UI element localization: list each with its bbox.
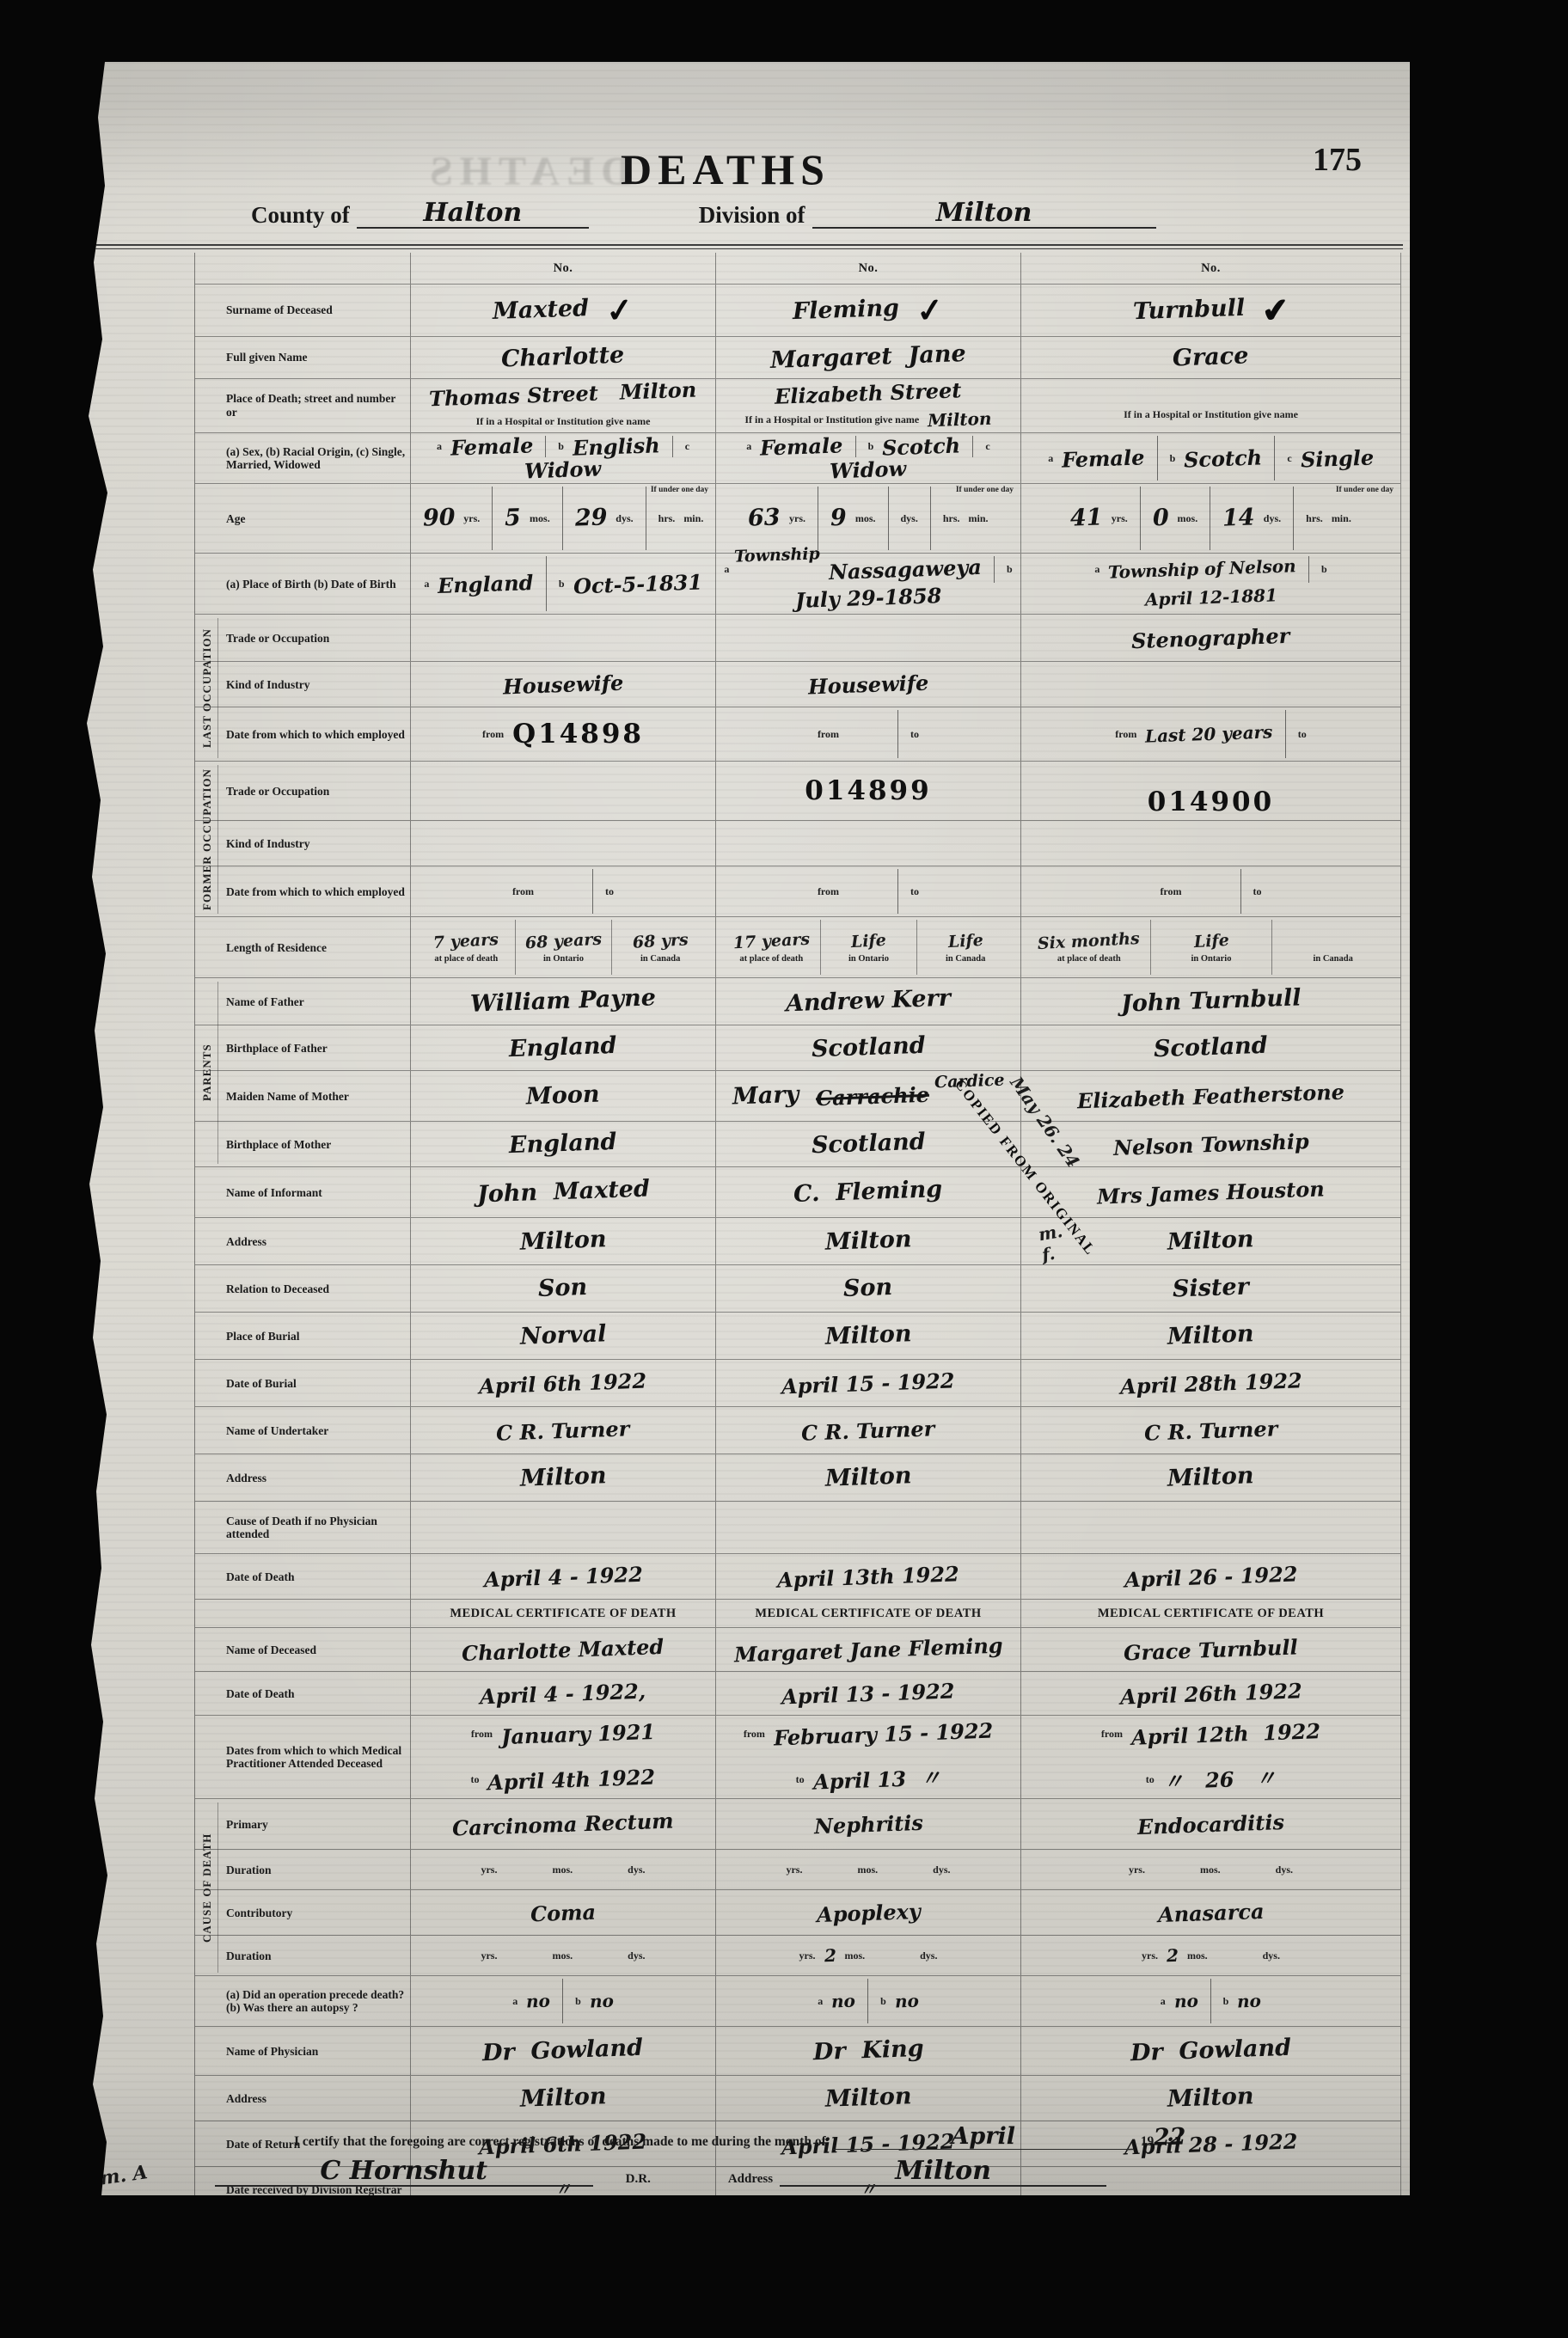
row-trade-occupation-former: Trade or Occupation014899014900 bbox=[195, 762, 1400, 821]
handwritten-entry: Milton bbox=[928, 410, 992, 431]
division-value: Milton bbox=[936, 198, 1032, 228]
handwritten-entry: April 12-1881 bbox=[1144, 587, 1277, 609]
row-place-burial: Place of BurialNorvalMiltonMilton bbox=[195, 1313, 1400, 1360]
row-date-burial: Date of BurialApril 6th 1922April 15 - 1… bbox=[195, 1360, 1400, 1407]
cell-name-deceased-col3: Grace Turnbull bbox=[1020, 1628, 1400, 1671]
row-label bbox=[195, 1600, 410, 1627]
handwritten-entry: John Turnbull bbox=[1120, 987, 1301, 1018]
printed-label: min. bbox=[683, 512, 703, 525]
row-label: (a) Place of Birth (b) Date of Birth bbox=[195, 554, 410, 614]
printed-label: to bbox=[910, 728, 919, 741]
row-label: Date of Burial bbox=[195, 1360, 410, 1406]
handwritten-entry: Grace bbox=[1173, 344, 1249, 370]
cell-primary-col3: Endocarditis bbox=[1020, 1799, 1400, 1849]
cell-dates-employed-last-col2: fromto bbox=[715, 707, 1020, 761]
row-label: Dates from which to which Medical Practi… bbox=[195, 1716, 410, 1798]
handwritten-entry: Female bbox=[1062, 446, 1145, 471]
printed-label: from bbox=[1160, 885, 1181, 898]
section-group-label: FORMER OCCUPATION bbox=[197, 765, 218, 914]
cell-undertaker-address-col1: Milton bbox=[410, 1454, 715, 1501]
printed-label: b bbox=[1007, 563, 1013, 576]
cell-cause-no-physician-col1 bbox=[410, 1502, 715, 1553]
handwritten-entry: Elizabeth Street bbox=[775, 379, 962, 407]
handwritten-entry: Margaret Jane Fleming bbox=[733, 1634, 1002, 1665]
handwritten-entry: Milton bbox=[824, 2084, 911, 2112]
divider-tick bbox=[972, 436, 973, 457]
cell-date-of-death-2-col1: April 4 - 1922, bbox=[410, 1672, 715, 1715]
residence-subcell: Lifein Ontario bbox=[820, 920, 917, 975]
cell-dates-employed-former-col1: fromto bbox=[410, 866, 715, 916]
handwritten-entry: Scotch bbox=[882, 434, 961, 458]
row-kind-industry-last: Kind of IndustryHousewifeHousewife bbox=[195, 662, 1400, 707]
handwritten-entry: 90 bbox=[422, 506, 456, 532]
row-label: Trade or Occupation bbox=[195, 762, 410, 820]
printed-label: to bbox=[605, 885, 614, 898]
printed-label: from bbox=[818, 728, 839, 741]
cell-dates-employed-former-col3: fromto bbox=[1020, 866, 1400, 916]
handwritten-entry: Coma bbox=[530, 1900, 597, 1925]
cell-name-father-col2: Andrew Kerr bbox=[715, 978, 1020, 1025]
cell-place-burial-col1: Norval bbox=[410, 1313, 715, 1359]
printed-label: a bbox=[512, 1995, 518, 2008]
handwritten-entry: England bbox=[509, 1034, 617, 1062]
printed-label: a bbox=[818, 1995, 823, 2008]
handwritten-entry: April 4 - 1922, bbox=[480, 1680, 646, 1707]
printed-label: a bbox=[746, 440, 751, 453]
printed-label: yrs. bbox=[799, 1949, 816, 1962]
handwritten-entry: April 4th 1922 bbox=[487, 1766, 656, 1794]
row-label: Name of Informant bbox=[195, 1167, 410, 1217]
handwritten-entry: England bbox=[438, 572, 534, 597]
handwritten-entry: Maxted bbox=[493, 297, 590, 324]
printed-label: yrs. bbox=[1129, 1864, 1145, 1876]
handwritten-entry: no bbox=[526, 1992, 551, 2011]
printed-label: dys. bbox=[616, 512, 633, 525]
residence-subcell: 17 yearsat place of death bbox=[723, 920, 820, 975]
printed-label: to bbox=[470, 1773, 479, 1786]
cell-informant-address-col2: Milton bbox=[715, 1218, 1020, 1264]
cell-sex-origin-status-col3: aFemalebScotchcSingle bbox=[1020, 433, 1400, 483]
interlined-entry: Township bbox=[734, 546, 820, 566]
row-label: Maiden Name of Mother bbox=[195, 1071, 410, 1121]
cell-physician-address-col2: Milton bbox=[715, 2076, 1020, 2121]
county-entry: Halton bbox=[357, 199, 589, 229]
handwritten-entry: 14 bbox=[1222, 506, 1256, 532]
row-label: Cause of Death if no Physician attended bbox=[195, 1502, 410, 1553]
row-undertaker-address: AddressMiltonMiltonMilton bbox=[195, 1454, 1400, 1502]
printed-label: a bbox=[1048, 452, 1053, 465]
cell-physician-col2: Dr King bbox=[715, 2027, 1020, 2075]
handwritten-entry: 17 years bbox=[732, 930, 810, 957]
row-label: Address bbox=[195, 2076, 410, 2121]
printed-label: b bbox=[868, 440, 874, 453]
cell-age-col2: If under one day63yrs.9mos.dys.hrs.min. bbox=[715, 484, 1020, 553]
printed-label: min. bbox=[969, 512, 989, 525]
handwritten-entry: Moon bbox=[526, 1083, 600, 1110]
handwritten-entry: 63 bbox=[748, 506, 781, 532]
handwritten-entry: Last 20 years bbox=[1145, 723, 1273, 745]
section-group-label: PARENTS bbox=[197, 982, 218, 1164]
cell-duration-primary-col3: yrs.mos.dys. bbox=[1020, 1850, 1400, 1889]
printed-label: dys. bbox=[1276, 1864, 1293, 1876]
section-group-label: LAST OCCUPATION bbox=[197, 618, 218, 758]
handwritten-entry: Elizabeth Featherstone bbox=[1077, 1080, 1345, 1111]
row-label: Name of Physician bbox=[195, 2027, 410, 2075]
row-trade-occupation-last: Trade or OccupationStenographer bbox=[195, 615, 1400, 662]
cell-cause-no-physician-col2 bbox=[715, 1502, 1020, 1553]
row-contributory: ContributoryComaApoplexyAnasarca bbox=[195, 1890, 1400, 1936]
handwritten-entry: Mary bbox=[732, 1083, 807, 1110]
row-label bbox=[195, 253, 410, 284]
row-date-of-death: Date of DeathApril 4 - 1922April 13th 19… bbox=[195, 1554, 1400, 1600]
row-label: Name of Deceased bbox=[195, 1628, 410, 1671]
row-sex-origin-status: (a) Sex, (b) Racial Origin, (c) Single, … bbox=[195, 433, 1400, 484]
cell-date-of-death-col1: April 4 - 1922 bbox=[410, 1554, 715, 1599]
handwritten-entry: Milton bbox=[1167, 1322, 1254, 1350]
handwritten-entry: Milton bbox=[519, 1227, 606, 1255]
cell-cause-no-physician-col3 bbox=[1020, 1502, 1400, 1553]
handwritten-entry: Dr Gowland bbox=[1130, 2036, 1292, 2066]
row-date-of-death-2: Date of DeathApril 4 - 1922,April 13 - 1… bbox=[195, 1672, 1400, 1716]
row-label: Length of Residence bbox=[195, 917, 410, 977]
handwritten-entry bbox=[1332, 932, 1333, 954]
handwritten-entry: 2 bbox=[824, 1947, 836, 1965]
divider-tick bbox=[818, 487, 818, 550]
cell-birthplace-father-col2: Scotland bbox=[715, 1025, 1020, 1070]
registrar-signature-row: m. A C Hornshut D.R. Address Milton bbox=[100, 2157, 1346, 2187]
residence-subcell: Six monthsat place of death bbox=[1028, 920, 1150, 975]
printed-label: b bbox=[1170, 452, 1176, 465]
cell-kind-industry-former-col3 bbox=[1020, 821, 1400, 866]
certify-month-entry: April bbox=[833, 2125, 1134, 2150]
divider-tick bbox=[1285, 710, 1286, 758]
cell-date-of-death-col3: April 26 - 1922 bbox=[1020, 1554, 1400, 1599]
cell-duration-primary-col2: yrs.mos.dys. bbox=[715, 1850, 1020, 1889]
printed-label: yrs. bbox=[481, 1949, 497, 1962]
printed-label: yrs. bbox=[1142, 1949, 1158, 1962]
row-label: (a) Did an operation precede death? (b) … bbox=[195, 1976, 410, 2026]
residence-subcell: 68 yearsin Ontario bbox=[515, 920, 612, 975]
cell-undertaker-address-col2: Milton bbox=[715, 1454, 1020, 1501]
printed-label: at place of death bbox=[1057, 954, 1121, 964]
divider-tick bbox=[1293, 487, 1294, 550]
cell-trade-occupation-last-col2 bbox=[715, 615, 1020, 661]
row-birthplace-mother: Birthplace of MotherEnglandScotlandNelso… bbox=[195, 1122, 1400, 1167]
county-value: Halton bbox=[423, 198, 522, 228]
handwritten-entry: C. Fleming bbox=[793, 1178, 943, 1207]
divider-tick bbox=[897, 869, 898, 914]
printed-label: c bbox=[985, 440, 989, 453]
row-birthplace-father: Birthplace of FatherEnglandScotlandScotl… bbox=[195, 1025, 1400, 1071]
form-section-cause-of-death: CAUSE OF DEATHPrimaryCarcinoma RectumNep… bbox=[195, 1799, 1400, 1976]
printed-label: from bbox=[1115, 728, 1136, 741]
printed-label: from bbox=[818, 885, 839, 898]
handwritten-entry: April 15 - 1922 bbox=[781, 1369, 955, 1397]
cell-kind-industry-former-col1 bbox=[410, 821, 715, 866]
row-label: Name of Father bbox=[195, 978, 410, 1025]
handwritten-entry: 29 bbox=[574, 506, 608, 532]
row-surname: Surname of DeceasedMaxted✓Fleming✓Turnbu… bbox=[195, 285, 1400, 337]
divider-tick bbox=[897, 710, 898, 758]
handwritten-entry: C R. Turner bbox=[1143, 1417, 1277, 1444]
handwritten-entry: Turnbull bbox=[1132, 297, 1245, 325]
row-dates-attended: Dates from which to which Medical Practi… bbox=[195, 1716, 1400, 1799]
cell-sex-origin-status-col2: aFemalebScotchcWidow bbox=[715, 433, 1020, 483]
cell-birthplace-father-col3: Scotland bbox=[1020, 1025, 1400, 1070]
handwritten-entry: April 4 - 1922 bbox=[483, 1564, 643, 1591]
printed-label: dys. bbox=[1264, 512, 1281, 525]
handwritten-entry: no bbox=[1237, 1992, 1262, 2011]
handwritten-entry: Dr King bbox=[812, 2037, 924, 2066]
printed-label: to bbox=[1298, 728, 1307, 741]
row-label: Surname of Deceased bbox=[195, 285, 410, 336]
row-label: Primary bbox=[195, 1799, 410, 1849]
row-undertaker: Name of UndertakerC R. TurnerC R. Turner… bbox=[195, 1407, 1400, 1454]
handwritten-entry: Life bbox=[1193, 931, 1229, 955]
cell-age-col3: If under one day41yrs.0mos.14dys.hrs.min… bbox=[1020, 484, 1400, 553]
handwritten-entry: April 12th 1922 bbox=[1131, 1720, 1321, 1748]
printed-label: yrs. bbox=[789, 512, 805, 525]
row-label: Address bbox=[195, 1218, 410, 1264]
handwritten-entry: 2 bbox=[1167, 1947, 1179, 1965]
handwritten-entry: 〃 26 〃 bbox=[1162, 1767, 1276, 1793]
handwritten-entry: April 26 - 1922 bbox=[1124, 1563, 1297, 1590]
cell-dates-attended-col1: fromJanuary 1921toApril 4th 1922 bbox=[410, 1716, 715, 1798]
handwritten-entry: Thomas Street Milton bbox=[429, 379, 697, 410]
printed-label: b bbox=[1321, 563, 1327, 576]
handwritten-entry: Fleming bbox=[793, 297, 900, 325]
row-informant: Name of InformantJohn MaxtedC. FlemingMr… bbox=[195, 1167, 1400, 1218]
cell-given-name-col1: Charlotte bbox=[410, 337, 715, 378]
row-label: Kind of Industry bbox=[195, 662, 410, 707]
cell-surname-col1: Maxted✓ bbox=[410, 285, 715, 336]
margin-pencil-mark: 6 bbox=[84, 199, 101, 224]
printed-label: in Canada bbox=[946, 954, 985, 964]
year-value: 22 bbox=[1154, 2125, 1187, 2151]
printed-label: a bbox=[1094, 563, 1099, 576]
printed-label: mos. bbox=[552, 1864, 573, 1876]
handwritten-entry: Scotch bbox=[1184, 446, 1263, 470]
form-section: Length of Residence7 yearsat place of de… bbox=[195, 917, 1400, 978]
handwritten-entry: John Maxted bbox=[476, 1178, 650, 1208]
page-title: DEATHS bbox=[621, 144, 830, 194]
handwritten-entry: Mrs James Houston bbox=[1097, 1178, 1325, 1207]
printed-label: a bbox=[437, 440, 442, 453]
cell-no-header-col3: No. bbox=[1020, 253, 1400, 284]
row-place-of-death: Place of Death; street and number orThom… bbox=[195, 379, 1400, 433]
handwritten-entry: no bbox=[589, 1992, 614, 2011]
row-physician-address: AddressMiltonMiltonMilton bbox=[195, 2076, 1400, 2121]
row-label: Trade or Occupation bbox=[195, 615, 410, 661]
row-label: Date from which to which employed bbox=[195, 707, 410, 761]
printed-label: from bbox=[744, 1728, 765, 1741]
handwritten-entry: February 15 - 1922 bbox=[774, 1720, 994, 1749]
cell-informant-col3: Mrs James Houston bbox=[1020, 1167, 1400, 1217]
cell-duration-contributory-col2: yrs.2mos.dys. bbox=[715, 1936, 1020, 1975]
printed-heading: MEDICAL CERTIFICATE OF DEATH bbox=[1098, 1607, 1324, 1621]
row-label: Place of Death; street and number or bbox=[195, 379, 410, 432]
cell-operation-autopsy-col2: anobno bbox=[715, 1976, 1020, 2026]
handwritten-entry: Dr Gowland bbox=[482, 2036, 644, 2066]
handwritten-entry: Housewife bbox=[807, 671, 928, 697]
cell-no-header-col1: No. bbox=[410, 253, 715, 284]
row-birth: (a) Place of Birth (b) Date of BirthaEng… bbox=[195, 554, 1400, 615]
printed-label: dys. bbox=[920, 1949, 937, 1962]
cell-birthplace-father-col1: England bbox=[410, 1025, 715, 1070]
cell-informant-col1: John Maxted bbox=[410, 1167, 715, 1217]
handwritten-entry: Widow bbox=[830, 458, 907, 482]
division-label: Division of bbox=[699, 202, 805, 229]
scanned-ledger-page: DEATHS DEATHS 175 6 County of Halton Div… bbox=[79, 62, 1410, 2195]
cell-place-of-death-col1: Thomas Street MiltonIf in a Hospital or … bbox=[410, 379, 715, 432]
form-section-former-occupation: FORMER OCCUPATIONTrade or Occupation0148… bbox=[195, 762, 1400, 917]
residence-subcell: Lifein Ontario bbox=[1150, 920, 1272, 975]
printed-label: mos. bbox=[1187, 1949, 1208, 1962]
registration-number-stamp: Q14898 bbox=[512, 719, 644, 750]
handwritten-entry: Milton bbox=[519, 1464, 606, 1491]
row-name-father: Name of FatherWilliam PayneAndrew KerrJo… bbox=[195, 978, 1400, 1025]
printed-label: yrs. bbox=[1112, 512, 1128, 525]
cell-physician-address-col1: Milton bbox=[410, 2076, 715, 2121]
printed-label: in Ontario bbox=[1191, 954, 1232, 964]
cell-name-deceased-col1: Charlotte Maxted bbox=[410, 1628, 715, 1671]
cell-relation-col2: Son bbox=[715, 1265, 1020, 1312]
printed-label: mos. bbox=[1200, 1864, 1221, 1876]
row-dates-employed-last: Date from which to which employedfromQ14… bbox=[195, 707, 1400, 762]
cell-name-father-col1: William Payne bbox=[410, 978, 715, 1025]
certification-statement: I certify that the foregoing are correct… bbox=[294, 2125, 1360, 2150]
row-maiden-name-mother: Maiden Name of MotherMoonMary CarrachieC… bbox=[195, 1071, 1400, 1122]
form-section-last-occupation: LAST OCCUPATIONTrade or OccupationStenog… bbox=[195, 615, 1400, 762]
row-medical-certificate: MEDICAL CERTIFICATE OF DEATHMEDICAL CERT… bbox=[195, 1600, 1400, 1628]
cell-surname-col3: Turnbull✔ bbox=[1020, 285, 1400, 336]
county-division-line: County of Halton Division of Milton bbox=[251, 199, 1265, 229]
cell-given-name-col2: Margaret Jane bbox=[715, 337, 1020, 378]
residence-subcell: in Canada bbox=[1271, 920, 1393, 975]
divider-tick bbox=[994, 556, 995, 583]
row-duration-contributory: Durationyrs.mos.dys.yrs.2mos.dys.yrs.2mo… bbox=[195, 1936, 1400, 1976]
printed-label: hrs. bbox=[1306, 512, 1323, 525]
printed-label: c bbox=[685, 440, 689, 453]
row-no-header: No.No.No. bbox=[195, 253, 1400, 285]
printed-label: dys. bbox=[628, 1864, 645, 1876]
printed-label: mos. bbox=[844, 1949, 865, 1962]
divider-tick bbox=[1210, 1979, 1211, 2023]
margin-note: m. A bbox=[98, 2161, 149, 2189]
handwritten-entry: 7 years bbox=[433, 930, 499, 956]
residence-subcell: 7 yearsat place of death bbox=[418, 920, 515, 975]
handwritten-entry: Milton bbox=[1167, 1464, 1254, 1491]
divider-tick bbox=[646, 487, 646, 550]
handwritten-entry: 9 bbox=[830, 506, 848, 531]
divider-tick bbox=[1308, 556, 1309, 583]
printed-label: at place of death bbox=[434, 954, 498, 964]
printed-label: in Ontario bbox=[543, 954, 584, 964]
row-label: Duration bbox=[195, 1936, 410, 1975]
printed-label: a bbox=[1161, 1995, 1166, 2008]
address-label: Address bbox=[728, 2172, 773, 2187]
cell-given-name-col3: Grace bbox=[1020, 337, 1400, 378]
handwritten-entry: Milton bbox=[824, 1322, 911, 1350]
cell-birthplace-mother-col1: England bbox=[410, 1122, 715, 1166]
header-divider-rule bbox=[86, 244, 1403, 249]
printed-label: If in a Hospital or Institution give nam… bbox=[744, 413, 919, 426]
divider-tick bbox=[1210, 487, 1210, 550]
handwritten-entry: 5 bbox=[505, 506, 522, 531]
printed-label: yrs. bbox=[481, 1864, 497, 1876]
registration-number-stamp: 014900 bbox=[1148, 786, 1274, 817]
printed-label: b bbox=[558, 440, 564, 453]
handwritten-entry: Charlotte bbox=[501, 343, 625, 371]
handwritten-entry: July 29-1858 bbox=[794, 584, 941, 611]
residence-subgrid: 7 yearsat place of death68 yearsin Ontar… bbox=[418, 920, 708, 975]
cell-age-col1: If under one day90yrs.5mos.29dys.hrs.min… bbox=[410, 484, 715, 553]
form-section: Name of InformantJohn MaxtedC. FlemingMr… bbox=[195, 1167, 1400, 1799]
handwritten-entry: English bbox=[573, 434, 661, 459]
row-name-deceased: Name of DeceasedCharlotte MaxtedMargaret… bbox=[195, 1628, 1400, 1672]
cell-dates-employed-former-col2: fromto bbox=[715, 866, 1020, 916]
certify-text: I certify that the foregoing are correct… bbox=[294, 2134, 826, 2150]
row-physician: Name of PhysicianDr GowlandDr KingDr Gow… bbox=[195, 2027, 1400, 2076]
handwritten-entry: Six months bbox=[1038, 929, 1141, 957]
handwritten-entry: Scotland bbox=[811, 1130, 926, 1159]
cell-contributory-col1: Coma bbox=[410, 1890, 715, 1935]
printed-label: b bbox=[575, 1995, 581, 2008]
cell-informant-col2: C. Fleming bbox=[715, 1167, 1020, 1217]
printed-label: If in a Hospital or Institution give nam… bbox=[476, 415, 651, 428]
printed-label: in Ontario bbox=[848, 954, 889, 964]
residence-subgrid: 17 yearsat place of deathLifein OntarioL… bbox=[723, 920, 1014, 975]
residence-subcell: 68 yrsin Canada bbox=[611, 920, 708, 975]
handwritten-entry: C R. Turner bbox=[496, 1417, 630, 1444]
printed-heading: No. bbox=[859, 261, 879, 276]
printed-label: from bbox=[482, 728, 504, 741]
cell-undertaker-col3: C R. Turner bbox=[1020, 1407, 1400, 1454]
cell-medical-certificate-col2: MEDICAL CERTIFICATE OF DEATH bbox=[715, 1600, 1020, 1627]
printed-label: from bbox=[1101, 1728, 1123, 1741]
handwritten-entry: William Payne bbox=[470, 986, 657, 1017]
printed-label: mos. bbox=[855, 512, 876, 525]
handwritten-entry: Anasarca bbox=[1157, 1900, 1264, 1925]
county-label: County of bbox=[251, 202, 350, 229]
form-section-parents: PARENTSName of FatherWilliam PayneAndrew… bbox=[195, 978, 1400, 1167]
printed-label: yrs. bbox=[463, 512, 480, 525]
handwritten-entry: no bbox=[831, 1992, 856, 2011]
cell-kind-industry-former-col2 bbox=[715, 821, 1020, 866]
row-age: AgeIf under one day90yrs.5mos.29dys.hrs.… bbox=[195, 484, 1400, 554]
divider-tick bbox=[546, 556, 547, 611]
printed-label: b bbox=[880, 1995, 886, 2008]
row-duration-primary: Durationyrs.mos.dys.yrs.mos.dys.yrs.mos.… bbox=[195, 1850, 1400, 1890]
handwritten-entry: Andrew Kerr bbox=[786, 987, 952, 1017]
printed-label: dys. bbox=[1263, 1949, 1280, 1962]
residence-subgrid: Six monthsat place of deathLifein Ontari… bbox=[1028, 920, 1393, 975]
cell-date-burial-col1: April 6th 1922 bbox=[410, 1360, 715, 1406]
divider-tick bbox=[1140, 487, 1141, 550]
row-label: Age bbox=[195, 484, 410, 553]
cell-medical-certificate-col1: MEDICAL CERTIFICATE OF DEATH bbox=[410, 1600, 715, 1627]
row-dates-employed-former: Date from which to which employedfromtof… bbox=[195, 866, 1400, 917]
cell-name-deceased-col2: Margaret Jane Fleming bbox=[715, 1628, 1020, 1671]
cell-birth-col2: aTownshipNassagaweyabJuly 29-1858 bbox=[715, 554, 1020, 614]
row-label: Kind of Industry bbox=[195, 821, 410, 866]
divider-tick bbox=[888, 487, 889, 550]
row-label: Date from which to which employed bbox=[195, 866, 410, 916]
row-label: Birthplace of Mother bbox=[195, 1122, 410, 1166]
deaths-register-table: No.No.No.Surname of DeceasedMaxted✓Flemi… bbox=[194, 253, 1401, 2215]
cell-undertaker-address-col3: Milton bbox=[1020, 1454, 1400, 1501]
printed-label: b bbox=[1223, 1995, 1229, 2008]
